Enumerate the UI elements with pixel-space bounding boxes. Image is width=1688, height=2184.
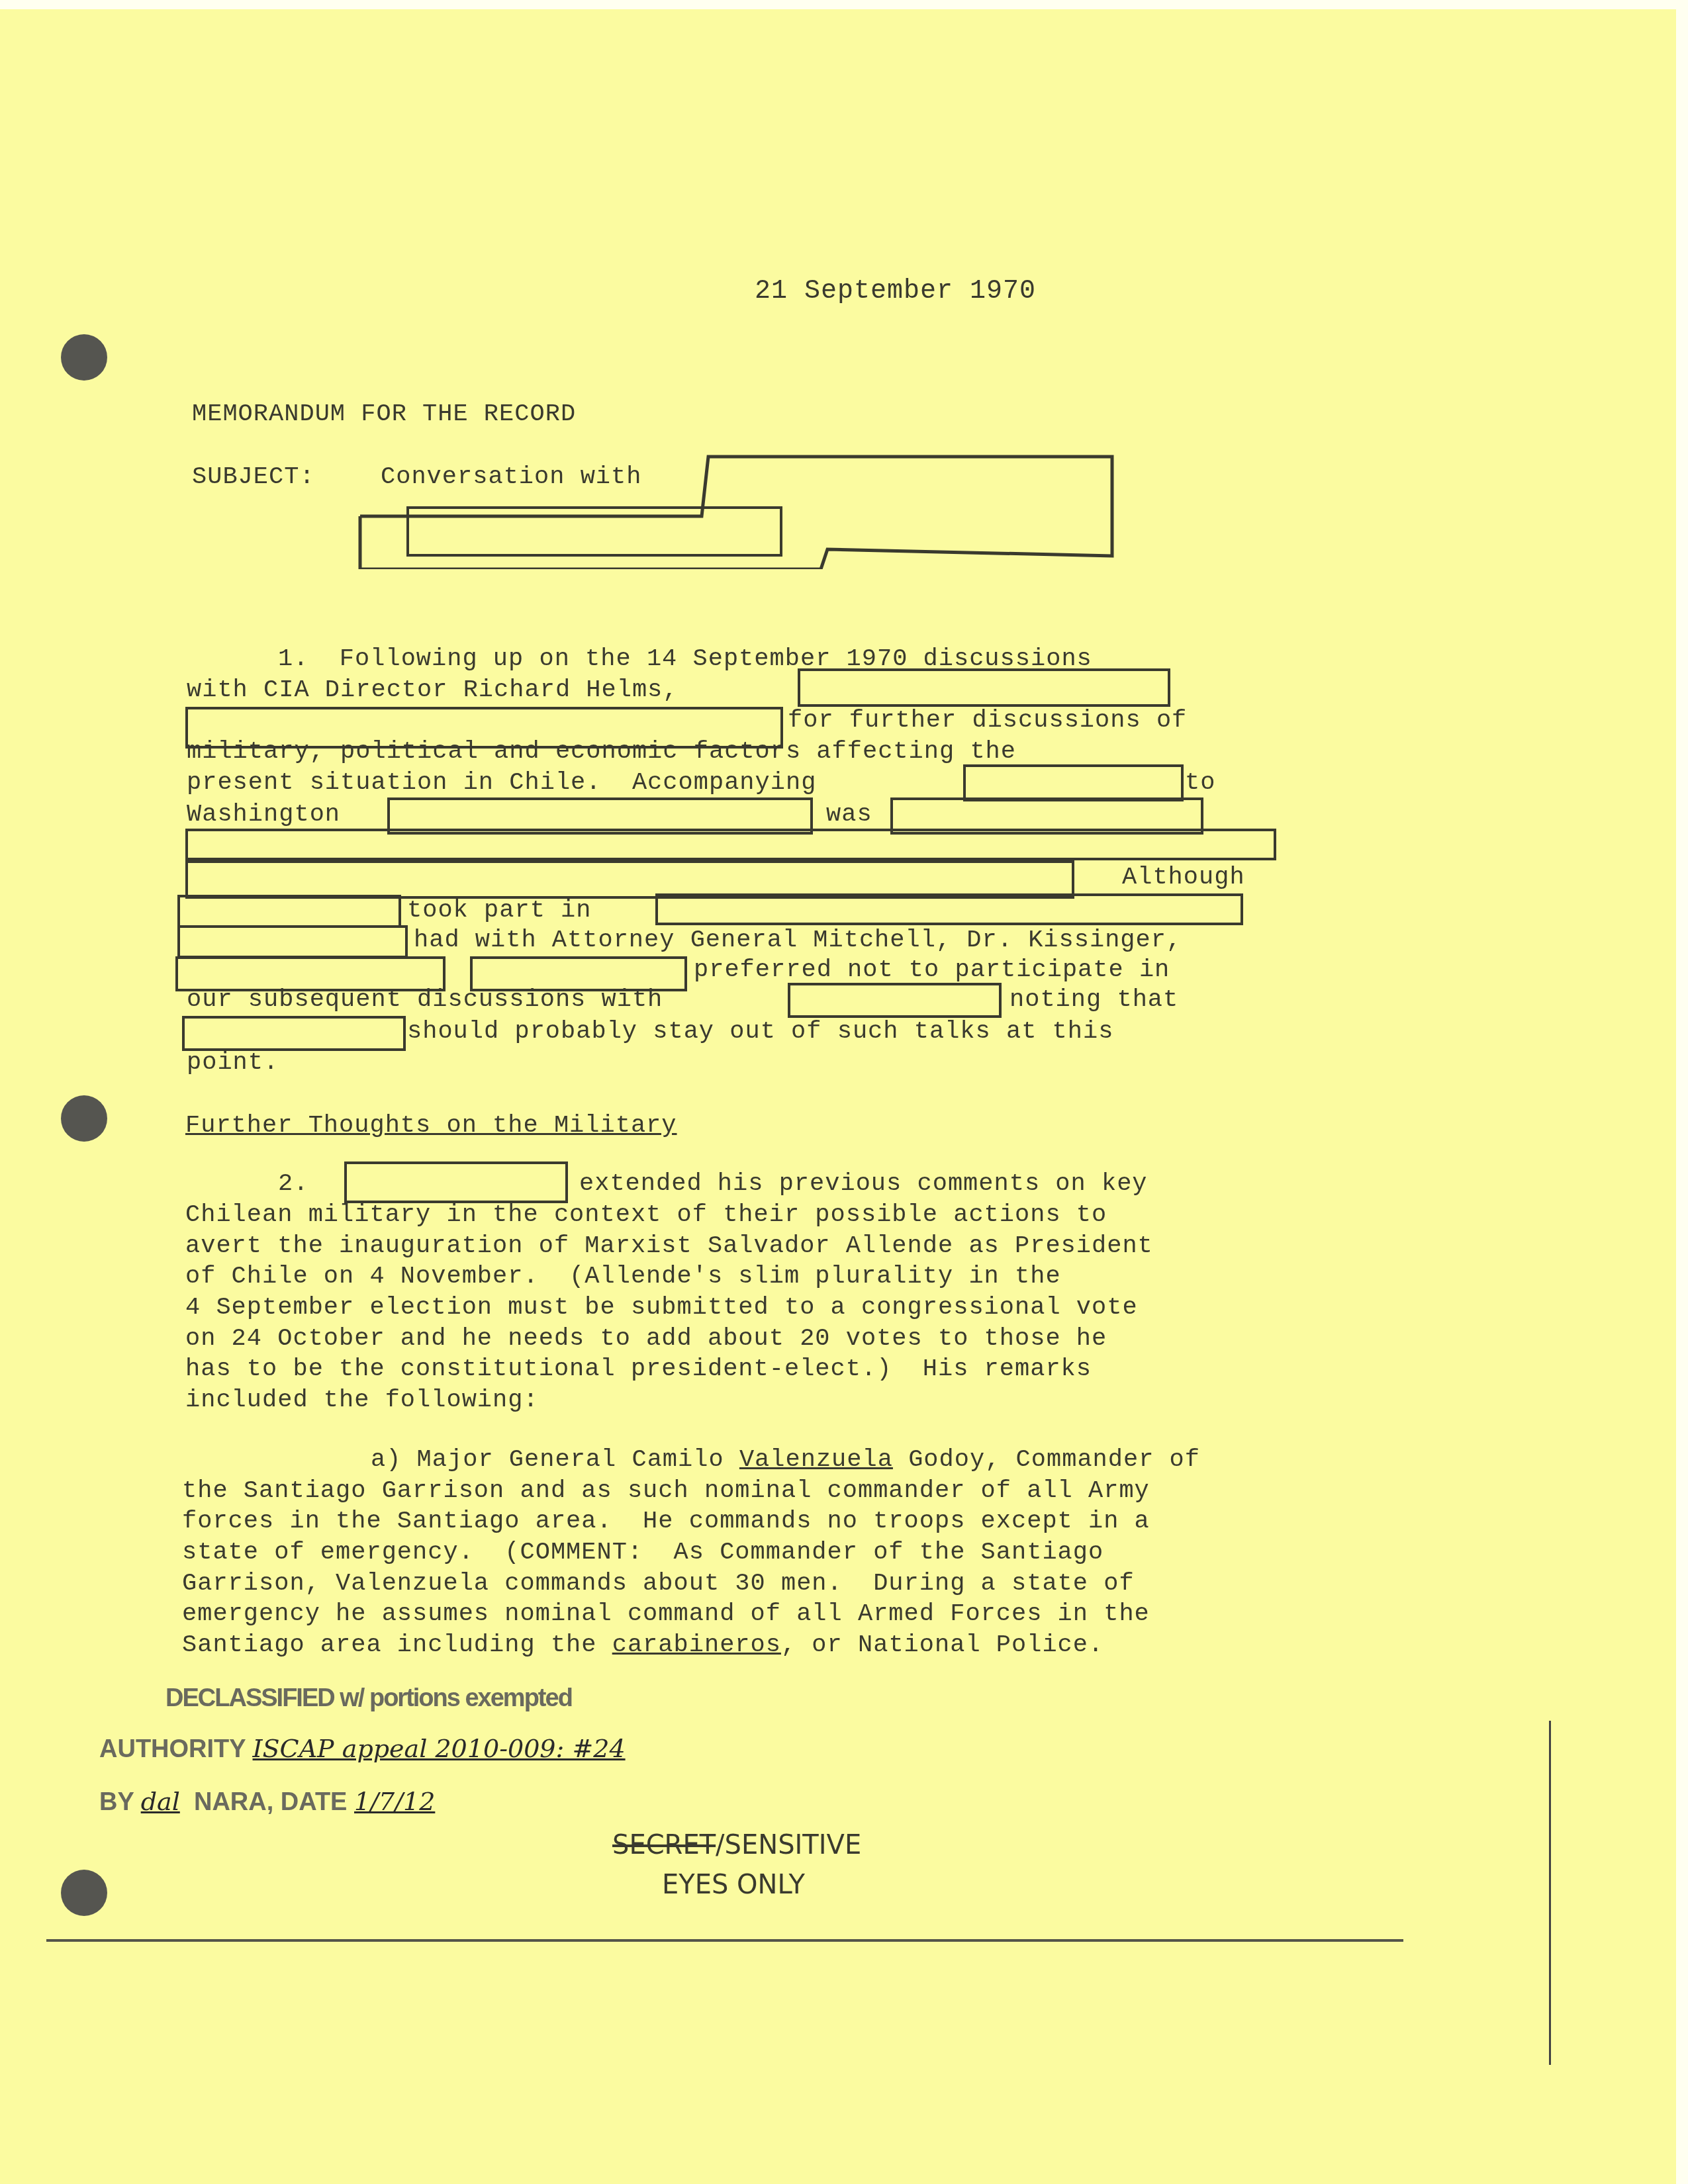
para1-line: for further discussions of — [788, 707, 1187, 735]
punch-hole-icon — [61, 1095, 107, 1142]
document-page: 21 September 1970 MEMORANDUM FOR THE REC… — [0, 0, 1688, 2184]
divider — [46, 1939, 1403, 1942]
scan-edge — [1549, 1721, 1551, 2065]
para2a-line: emergency he assumes nominal command of … — [182, 1600, 1150, 1628]
subject-label: SUBJECT: — [192, 463, 315, 491]
para2-line: 2. — [278, 1170, 308, 1198]
para1-line: preferred not to participate in — [694, 956, 1170, 984]
para2-line: has to be the constitutional president-e… — [185, 1355, 1092, 1383]
para1-line: had with Attorney General Mitchell, Dr. … — [414, 927, 1182, 954]
para2-line: included the following: — [185, 1387, 539, 1414]
para2-line: Chilean military in the context of their… — [185, 1201, 1107, 1229]
para2-line: avert the inauguration of Marxist Salvad… — [185, 1232, 1153, 1260]
para1-line: to — [1185, 769, 1215, 797]
para2a-line: Garrison, Valenzuela commands about 30 m… — [182, 1570, 1135, 1598]
scan-border — [0, 0, 1688, 9]
redaction-box — [177, 895, 401, 928]
para2-line: on 24 October and he needs to add about … — [185, 1325, 1107, 1353]
scan-border — [1676, 0, 1688, 2184]
para2a-line: Santiago area including the carabineros,… — [182, 1631, 1103, 1659]
declassified-stamp: DECLASSIFIED w/ portions exempted — [165, 1684, 572, 1713]
para1-line: with CIA Director Richard Helms, — [187, 676, 679, 704]
para1-line: point. — [187, 1049, 279, 1077]
redaction-box — [182, 1016, 406, 1051]
para2a-line: the Santiago Garrison and as such nomina… — [182, 1477, 1150, 1505]
para1-line: Washington — [187, 801, 340, 829]
para1-line: took part in — [407, 897, 591, 925]
memo-heading: MEMORANDUM FOR THE RECORD — [192, 400, 576, 428]
redaction-box — [177, 925, 408, 958]
para1-line: noting that — [1009, 986, 1178, 1014]
para2a-line: state of emergency. (COMMENT: As Command… — [182, 1539, 1103, 1567]
classification-marking: SECRET/SENSITIVE — [612, 1830, 861, 1860]
redaction-box — [788, 983, 1002, 1018]
para2-line: 4 September election must be submitted t… — [185, 1294, 1138, 1322]
redaction-box — [655, 893, 1243, 925]
redaction-box — [185, 829, 1276, 860]
para1-line: military, political and economic factors… — [187, 738, 1016, 766]
punch-hole-icon — [61, 1870, 107, 1916]
para1-line: should probably stay out of such talks a… — [407, 1018, 1113, 1046]
para1-line: was — [826, 801, 872, 829]
redaction-box — [798, 668, 1170, 707]
by-line: BY dal NARA, DATE 1/7/12 — [99, 1787, 435, 1817]
punch-hole-icon — [61, 334, 107, 381]
para2a-line: forces in the Santiago area. He commands… — [182, 1508, 1150, 1535]
para2-line: extended his previous comments on key — [579, 1170, 1148, 1198]
redaction-box — [963, 764, 1184, 801]
para1-line: our subsequent discussions with — [187, 986, 663, 1014]
redaction-box — [406, 506, 782, 557]
section-heading: Further Thoughts on the Military — [185, 1112, 677, 1140]
para2-line: of Chile on 4 November. (Allende's slim … — [185, 1263, 1061, 1291]
para1-line: Although — [1122, 864, 1245, 891]
para2a-line: a) Major General Camilo Valenzuela Godoy… — [371, 1446, 1200, 1474]
classification-marking: EYES ONLY — [662, 1870, 805, 1900]
authority-line: AUTHORITY ISCAP appeal 2010-009: #24 — [99, 1734, 626, 1764]
memo-date: 21 September 1970 — [755, 277, 1036, 306]
para1-line: present situation in Chile. Accompanying — [187, 769, 816, 797]
redaction-box — [344, 1161, 568, 1203]
